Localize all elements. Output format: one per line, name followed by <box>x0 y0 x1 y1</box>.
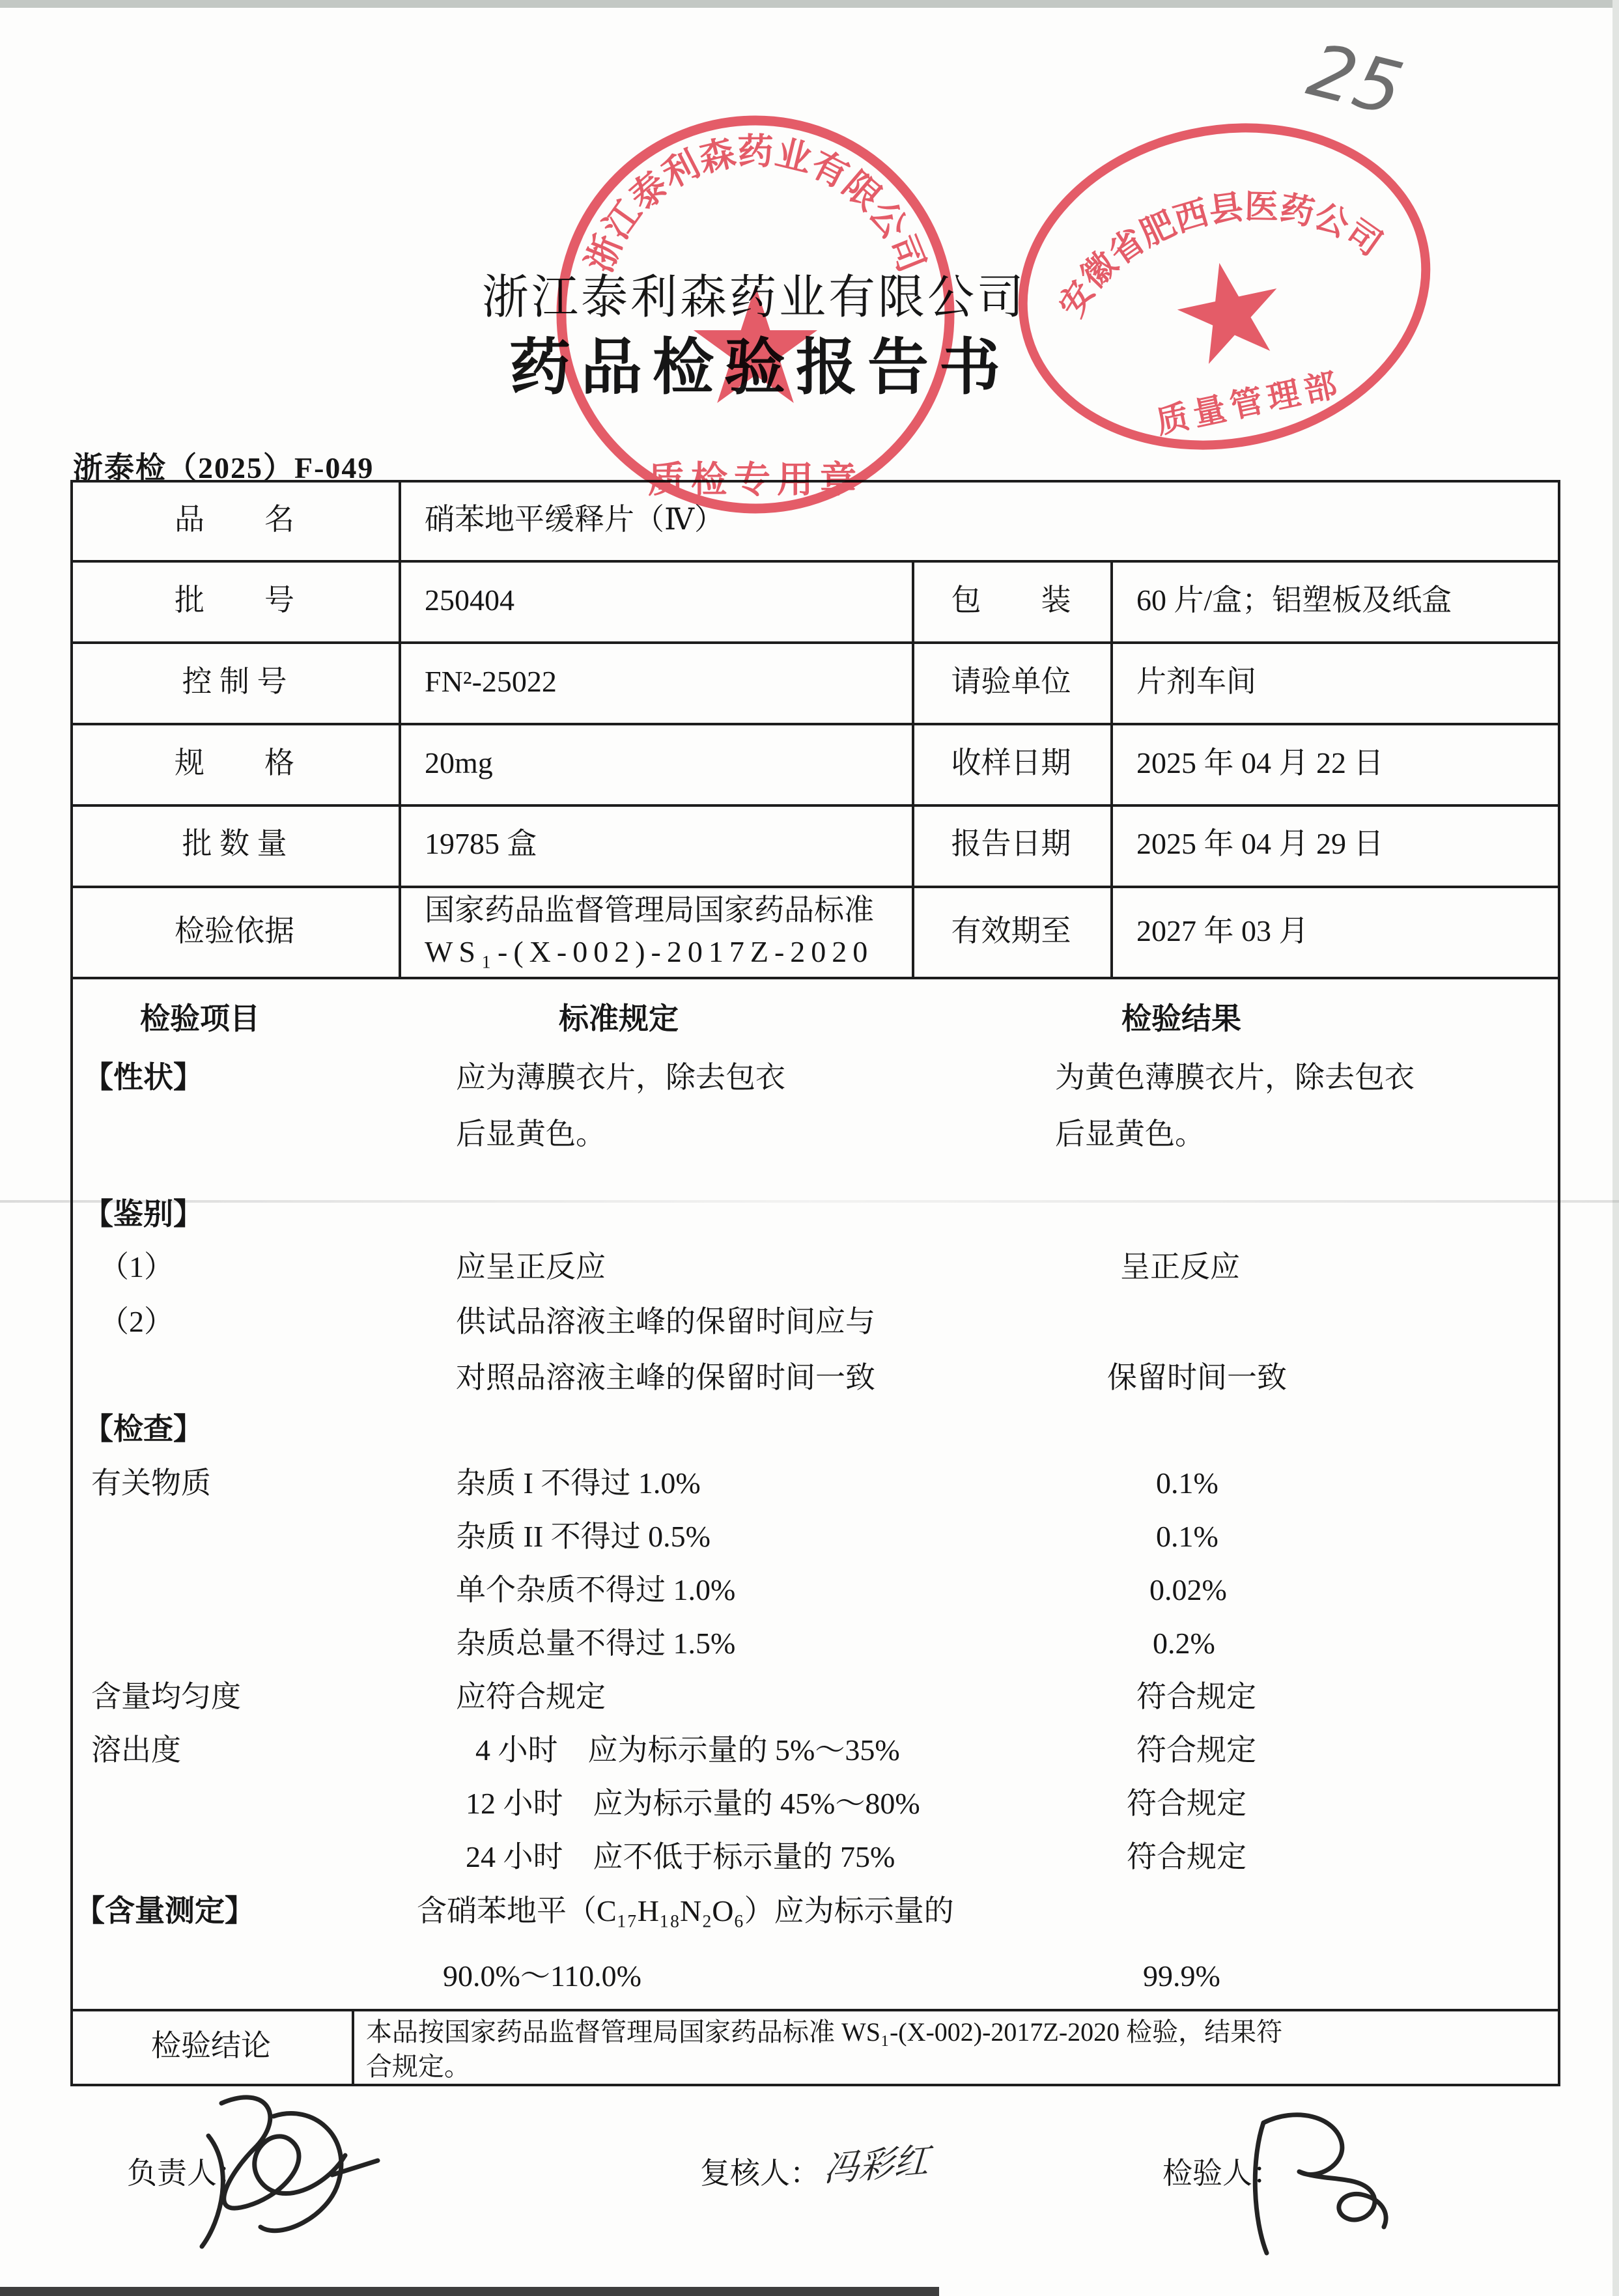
item-identification-1: （1） <box>99 1248 174 1287</box>
company-qc-stamp: 浙江泰利森药业有限公司 质检专用章 <box>550 96 961 546</box>
column-header-result: 检验结果 <box>1121 1000 1241 1039</box>
result-assay: 99.9% <box>1143 1957 1220 1996</box>
field-value-packaging: 60 片/盒；铝塑板及纸盒 <box>1136 581 1452 620</box>
inspector-signature-scribble <box>1237 2103 1420 2273</box>
result-appearance-line2: 后显黄色。 <box>1055 1115 1205 1154</box>
responsible-signature-scribble <box>182 2077 417 2273</box>
result-impurity-1: 0.1% <box>1156 1464 1218 1503</box>
standard-content-uniformity: 应符合规定 <box>456 1677 606 1716</box>
field-value-report-date: 2025 年 04 月 29 日 <box>1136 824 1384 863</box>
result-dissolution-4h: 符合规定 <box>1136 1731 1256 1770</box>
standard-impurity-1: 杂质 I 不得过 1.0% <box>456 1464 701 1503</box>
field-value-control-no: FN²-25022 <box>425 662 557 701</box>
field-value-batch-no: 250404 <box>425 581 514 620</box>
scan-edge-bottom <box>0 2287 939 2296</box>
result-content-uniformity: 符合规定 <box>1136 1677 1256 1716</box>
field-label-valid-until: 有效期至 <box>912 912 1110 951</box>
field-label-report-date: 报告日期 <box>912 824 1110 863</box>
item-content-uniformity: 含量均匀度 <box>91 1677 241 1716</box>
scanned-report-page: 25 浙江泰利森药业有限公司 药品检验报告书 浙泰检（2025）F-049 品 … <box>0 0 1619 2296</box>
paper-fold-crease <box>0 1200 1619 1203</box>
field-label-control-no: 控 制 号 <box>70 662 399 701</box>
result-identification-2: 保留时间一致 <box>1107 1358 1287 1397</box>
table-border <box>70 480 73 2086</box>
standard-dissolution-4h: 4 小时 应为标示量的 5%～35% <box>475 1731 900 1770</box>
item-identification: 【鉴别】 <box>83 1195 203 1234</box>
result-single-impurity: 0.02% <box>1149 1571 1227 1610</box>
stamp-arc-text: 浙江泰利森药业有限公司 <box>579 132 932 277</box>
result-dissolution-24h: 符合规定 <box>1127 1838 1246 1877</box>
table-border <box>352 2009 354 2084</box>
field-label-product-name: 品 名 <box>70 500 399 539</box>
result-dissolution-12h: 符合规定 <box>1127 1784 1246 1823</box>
table-border <box>399 480 401 977</box>
table-border <box>70 804 1560 807</box>
reviewer-signature-name: 冯彩红 <box>823 2133 930 2192</box>
standard-appearance-line2: 后显黄色。 <box>456 1115 606 1154</box>
field-value-batch-quantity: 19785 盒 <box>425 824 537 863</box>
field-label-sampling-date: 收样日期 <box>912 744 1110 783</box>
table-border <box>70 977 1560 979</box>
field-label-batch-no: 批 号 <box>70 581 399 620</box>
standard-identification-1: 应呈正反应 <box>456 1248 606 1287</box>
stamp-bottom-text: 质量管理部 <box>1153 365 1345 440</box>
item-appearance: 【性状】 <box>83 1058 203 1097</box>
field-label-batch-quantity: 批 数 量 <box>70 824 399 863</box>
field-label-packaging: 包 装 <box>912 581 1110 620</box>
table-border <box>1558 480 1560 2086</box>
result-impurity-2: 0.1% <box>1156 1517 1218 1556</box>
standard-dissolution-12h: 12 小时 应为标示量的 45%～80% <box>466 1784 920 1823</box>
field-label-inspection-basis: 检验依据 <box>70 912 399 951</box>
stamp-bottom-text: 质检专用章 <box>648 460 863 501</box>
standard-single-impurity: 单个杂质不得过 1.0% <box>456 1571 735 1610</box>
table-border <box>70 886 1560 888</box>
table-border <box>70 560 1560 563</box>
standard-total-impurity: 杂质总量不得过 1.5% <box>456 1624 735 1663</box>
field-value-inspection-basis-line2: WS₁-(X-002)-2017Z-2020 <box>425 932 873 972</box>
scan-edge-top <box>0 0 1619 8</box>
table-border <box>1110 560 1113 977</box>
field-value-requesting-unit: 片剂车间 <box>1136 662 1256 701</box>
standard-impurity-2: 杂质 II 不得过 0.5% <box>456 1517 711 1556</box>
field-value-specification: 20mg <box>425 744 493 783</box>
column-header-standard: 标准规定 <box>559 1000 679 1039</box>
table-border <box>70 641 1560 644</box>
standard-dissolution-24h: 24 小时 应不低于标示量的 75% <box>466 1838 895 1877</box>
field-label-specification: 规 格 <box>70 744 399 783</box>
standard-appearance-line1: 应为薄膜衣片，除去包衣 <box>456 1058 785 1097</box>
reviewer-label: 复核人： <box>700 2154 820 2193</box>
svg-text:浙江泰利森药业有限公司: 浙江泰利森药业有限公司 <box>579 132 932 277</box>
field-label-requesting-unit: 请验单位 <box>912 662 1110 701</box>
item-assay: 【含量测定】 <box>75 1892 255 1931</box>
scan-edge-right <box>1612 0 1619 2296</box>
item-related-substances: 有关物质 <box>91 1464 211 1503</box>
standard-identification-2-line1: 供试品溶液主峰的保留时间应与 <box>456 1302 875 1341</box>
result-appearance-line1: 为黄色薄膜衣片，除去包衣 <box>1055 1058 1415 1097</box>
column-header-item: 检验项目 <box>140 1000 260 1039</box>
result-total-impurity: 0.2% <box>1153 1624 1215 1663</box>
field-value-valid-until: 2027 年 03 月 <box>1136 912 1309 951</box>
field-value-sampling-date: 2025 年 04 月 22 日 <box>1136 744 1384 783</box>
standard-assay-line1: 含硝苯地平（C₁₇H₁₈N₂O₆）应为标示量的 <box>417 1892 954 1931</box>
item-identification-2: （2） <box>99 1302 174 1341</box>
table-border <box>70 2009 1560 2011</box>
conclusion-label: 检验结论 <box>70 2026 352 2065</box>
item-tests: 【检查】 <box>83 1410 203 1449</box>
standard-identification-2-line2: 对照品溶液主峰的保留时间一致 <box>456 1358 875 1397</box>
standard-assay-line2: 90.0%～110.0% <box>443 1957 641 1996</box>
table-border <box>70 723 1560 725</box>
item-dissolution: 溶出度 <box>91 1731 181 1770</box>
result-identification-1: 呈正反应 <box>1120 1248 1240 1287</box>
buyer-quality-dept-stamp: 安徽省肥西县医药公司 质量管理部 <box>993 101 1456 479</box>
field-value-inspection-basis-line1: 国家药品监督管理局国家药品标准 <box>425 891 874 930</box>
conclusion-text-line1: 本品按国家药品监督管理局国家药品标准 WS₁-(X-002)-2017Z-202… <box>366 2015 1282 2049</box>
